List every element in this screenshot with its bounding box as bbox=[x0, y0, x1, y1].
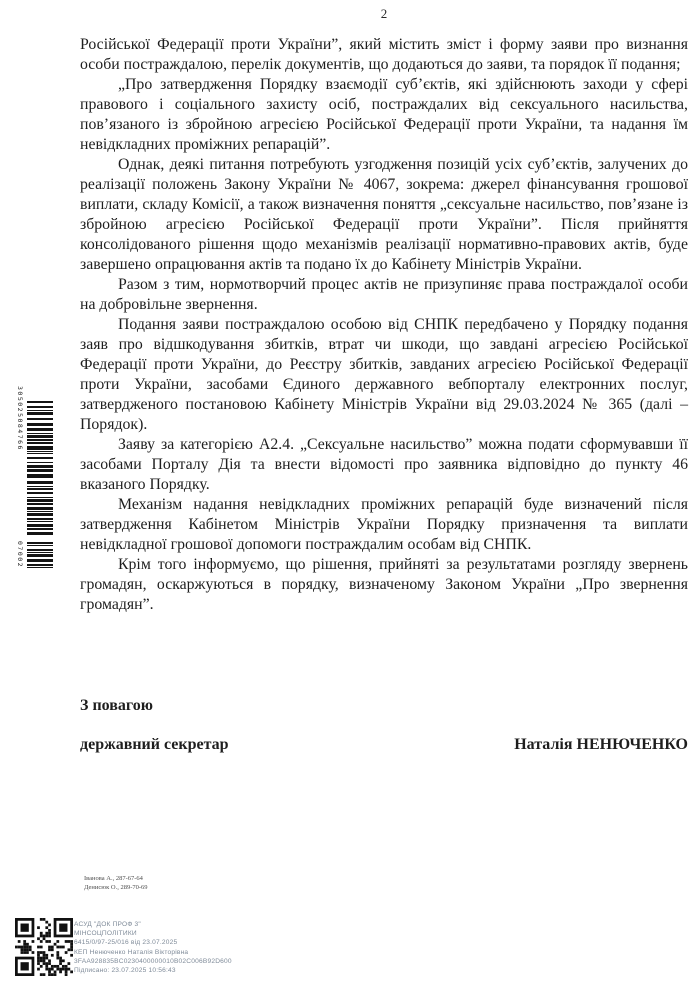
signature-stamp-block: АСУД "ДОК ПРОФ 3" МІНСОЦПОЛІТИКИ 6415/0/… bbox=[74, 920, 232, 975]
signature-row: державний секретар Наталія НЕНЮЧЕНКО bbox=[80, 736, 688, 754]
barcode-bars bbox=[27, 401, 53, 535]
page-number: 2 bbox=[80, 6, 688, 22]
document-page: 2 Російської Федерації проти України”, я… bbox=[0, 0, 700, 984]
stamp-line: АСУД "ДОК ПРОФ 3" bbox=[74, 920, 232, 929]
body-paragraph: „Про затвердження Порядку взаємодії суб’… bbox=[80, 75, 688, 155]
body-paragraph: Крім того інформуємо, що рішення, прийня… bbox=[80, 555, 688, 615]
barcode-number: 305025084766 bbox=[16, 386, 24, 538]
executor-line: Іванова А., 287-67-64 bbox=[84, 874, 148, 883]
barcode-number: 07002 bbox=[16, 541, 24, 569]
stamp-line: 3FAA928835BC0230400000010B02C006B92D600 bbox=[74, 957, 232, 966]
closing-salutation: З повагою bbox=[80, 697, 153, 715]
body-paragraph: Заяву за категорією А2.4. „Сексуальне на… bbox=[80, 435, 688, 495]
body-paragraph: Подання заяви постраждалою особою від СН… bbox=[80, 315, 688, 435]
body-paragraph: Однак, деякі питання потребують узгоджен… bbox=[80, 155, 688, 275]
stamp-line: КЕП Ненюченко Наталія Вікторівна bbox=[74, 948, 232, 957]
barcode-bars bbox=[27, 542, 53, 568]
body-paragraph: Механізм надання невідкладних проміжних … bbox=[80, 495, 688, 555]
stamp-line: Підписано: 23.07.2025 10:56:43 bbox=[74, 966, 232, 975]
body-paragraph: Разом з тим, нормотворчий процес актів н… bbox=[80, 275, 688, 315]
stamp-line: МІНСОЦПОЛІТИКИ bbox=[74, 929, 232, 938]
executor-line: Денисюк О., 289-70-69 bbox=[84, 883, 148, 892]
stamp-line: 6415/0/97-25/016 від 23.07.2025 bbox=[74, 938, 232, 947]
body-paragraph: Російської Федерації проти України”, яки… bbox=[80, 35, 688, 75]
signer-name: Наталія НЕНЮЧЕНКО bbox=[514, 736, 688, 754]
document-body: Російської Федерації проти України”, яки… bbox=[80, 35, 688, 615]
signer-title: державний секретар bbox=[80, 736, 229, 754]
qr-code bbox=[15, 917, 73, 977]
executor-contacts: Іванова А., 287-67-64 Денисюк О., 289-70… bbox=[84, 874, 148, 892]
document-barcode: 305025084766 07002 bbox=[14, 384, 54, 570]
